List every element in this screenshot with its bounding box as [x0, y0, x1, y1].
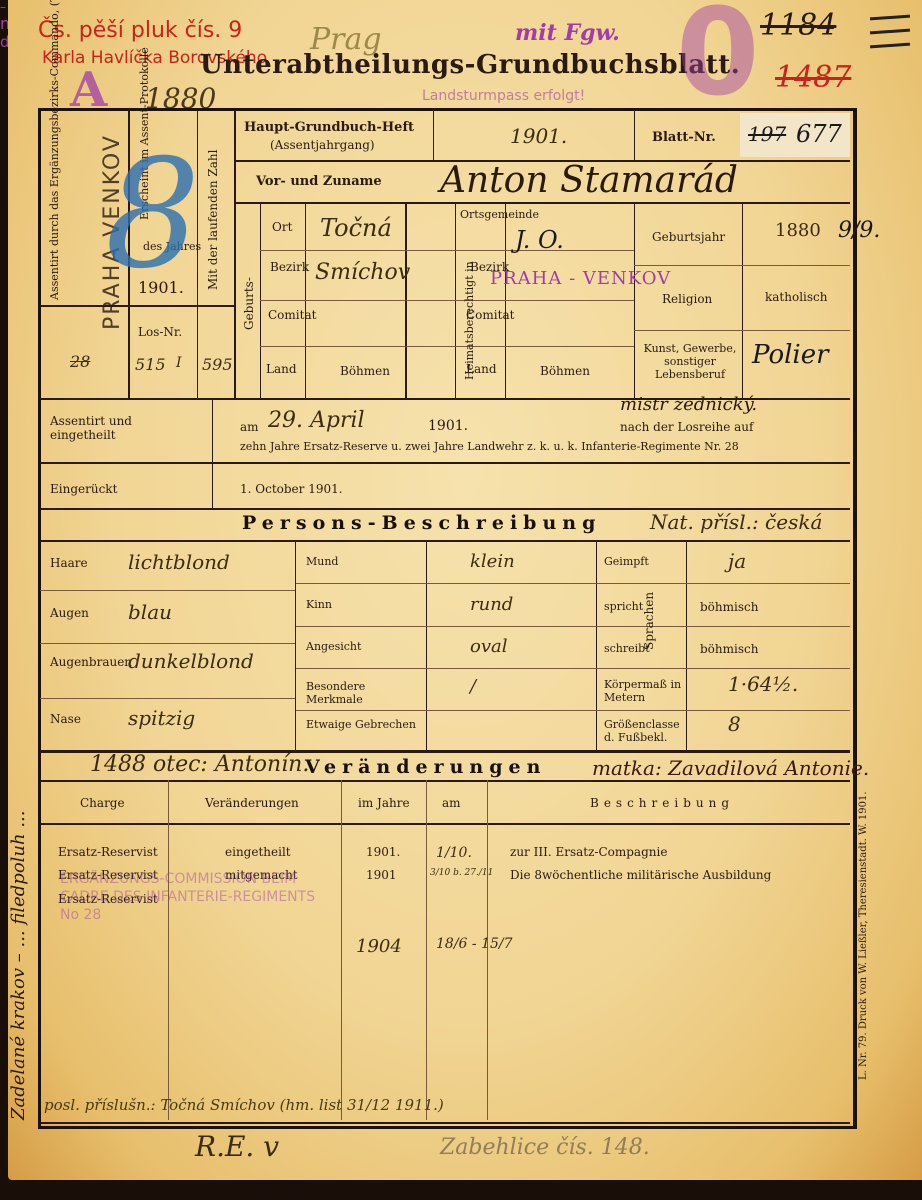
los-nr-label: Los-Nr.	[138, 325, 182, 339]
heimat-ortsgemeinde-label: Ortsgemeinde	[460, 208, 504, 221]
laufende-zahl-label: Mit der laufenden Zahl	[206, 150, 220, 290]
blatt-nr-struck: 197	[748, 122, 786, 146]
beruf-note: mistr zednický.	[620, 394, 757, 415]
blatt-nr-value: 677	[796, 120, 842, 148]
footer-note: posl. příslušn.: Točná Smíchov (hm. list…	[44, 1096, 444, 1114]
change-year: 1904	[356, 936, 402, 957]
person-label: spricht	[604, 600, 644, 613]
person-label: Haare	[50, 556, 110, 570]
person-label: Etwaige Gebrechen	[306, 718, 416, 731]
father-note: 1488 otec: Antonín.	[90, 752, 309, 777]
column-header: am	[442, 796, 461, 810]
assentirung-year: 1901.	[428, 418, 468, 434]
person-value: dunkelblond	[128, 649, 254, 673]
person-label: Mund	[306, 555, 416, 568]
religion-label: Religion	[662, 292, 712, 306]
red-note: R.E. v	[195, 1130, 279, 1163]
person-label: Augenbrauen	[50, 655, 110, 669]
stamp-mit-fgw: mit Fgw.	[515, 20, 620, 46]
name-value: Anton Stamarád	[440, 160, 738, 201]
change-description: Die 8wöchentliche militärische Ausbildun…	[510, 868, 771, 882]
person-value: rund	[470, 594, 513, 615]
assentirung-am-label: am	[240, 420, 259, 434]
change-year: 1901	[366, 868, 397, 882]
person-value: blau	[128, 600, 172, 624]
column-header: im Jahre	[358, 796, 410, 810]
left-margin-note: Zadelané krakov – ... filedpoluh ...	[8, 420, 29, 1120]
stamp-big-zero: 0	[676, 0, 760, 114]
changes-section-title: Veränderungen	[305, 756, 546, 778]
heimat-land-label: Land	[466, 362, 497, 376]
birth-ort-value: Točná	[320, 214, 392, 242]
hand-number-1: 1184	[760, 8, 836, 43]
los-nr-class: I	[176, 355, 182, 371]
stamp-landsturm: Landsturmpass erfolgt!	[422, 88, 585, 104]
person-label: Körpermaß in Metern	[604, 678, 686, 704]
person-value: klein	[470, 551, 515, 572]
birth-comitat-label: Comitat	[268, 308, 302, 322]
beruf-value: Polier	[752, 340, 829, 370]
hauptgrundbuch-label: Haupt-Grundbuch-Heft	[244, 120, 414, 135]
person-label: Besondere Merkmale	[306, 680, 416, 706]
person-value: spitzig	[128, 706, 195, 730]
sprachen-label: Sprachen	[642, 592, 656, 650]
person-value: 1·64½.	[728, 672, 798, 696]
column-header: Charge	[80, 796, 125, 810]
heimat-land-value: Böhmen	[540, 364, 590, 378]
person-value: lichtblond	[128, 550, 230, 574]
change-date: 1/10.	[436, 845, 472, 861]
birth-ort-label: Ort	[272, 220, 292, 234]
person-label: Größenclasse d. Fußbekl.	[604, 718, 686, 744]
hauptgrundbuch-value: 1901.	[510, 124, 567, 148]
eingerueckt-label: Eingerückt	[50, 482, 117, 496]
page-title: Unterabtheilungs-Grundbuchsblatt.	[200, 50, 740, 80]
persons-section-title: Persons-Beschreibung	[242, 512, 601, 534]
change-charge: Ersatz-Reservist	[58, 845, 158, 859]
person-value: /	[470, 676, 476, 697]
column-header: Beschreibung	[590, 796, 734, 810]
person-value: oval	[470, 636, 508, 657]
column-header: Veränderungen	[205, 796, 299, 810]
birth-land-label: Land	[266, 362, 297, 376]
stamp-commission: ERGÄNZUNGS-COMMISSION BEIM CADRE DES INF…	[60, 870, 320, 924]
change-type: eingetheilt	[225, 845, 291, 859]
assentirung-label: Assentirt und eingetheilt	[50, 414, 160, 442]
struck-number: 28	[70, 352, 90, 371]
blue-mark: 8	[105, 140, 200, 290]
birth-land-value: Böhmen	[340, 364, 390, 378]
pencil-note: Zabehlice čís. 148.	[440, 1135, 650, 1160]
birth-bezirk-label: Bezirk	[270, 260, 302, 274]
change-description: zur III. Ersatz-Compagnie	[510, 845, 667, 859]
geburtsjahr-note: 9/9.	[838, 218, 880, 243]
assentjahrgang-label: (Assentjahrgang)	[270, 138, 375, 152]
beruf-label: Kunst, Gewerbe, sonstiger Lebensberuf	[640, 342, 740, 381]
change-date: 3/10 b. 27./11	[430, 868, 493, 878]
assentirung-date: 29. April	[268, 408, 365, 433]
losreihe-text: nach der Losreihe auf	[620, 420, 753, 434]
person-label: Augen	[50, 606, 110, 620]
los-nr-value: 515	[135, 355, 166, 374]
change-year: 1901.	[366, 845, 400, 859]
laufende-zahl-value: 595	[202, 355, 233, 374]
person-label: Nase	[50, 712, 110, 726]
geburtsjahr-value: 1880	[775, 220, 821, 241]
person-label: Geimpft	[604, 555, 686, 568]
service-text: zehn Jahre Ersatz-Reserve u. zwei Jahre …	[240, 440, 739, 453]
person-value: ja	[728, 549, 746, 573]
geburts-label: Geburts-	[242, 277, 256, 330]
regiment-stamp-line1: Čs. pěší pluk čís. 9	[38, 18, 242, 43]
heimat-ortsgemeinde-value: J. O.	[515, 226, 564, 254]
printer-imprint: L. Nr. 79. Druck von W. Ließler, Theresi…	[858, 791, 869, 1080]
hand-number-2: 1487	[775, 60, 851, 95]
person-value: 8	[728, 712, 741, 736]
person-label: Kinn	[306, 598, 416, 611]
birth-bezirk-value: Smíchov	[315, 260, 410, 285]
eingerueckt-value: 1. October 1901.	[240, 482, 343, 496]
change-date: 18/6 - 15/7	[436, 936, 513, 952]
person-value: böhmisch	[700, 600, 758, 614]
name-label: Vor- und Zuname	[256, 174, 382, 189]
person-value: böhmisch	[700, 642, 758, 656]
assentirt-label: Assentirt durch das Ergänzungsbezirks-Co…	[48, 110, 61, 300]
religion-value: katholisch	[765, 290, 827, 304]
nationality-note: Nat. přísl.: česká	[650, 510, 822, 534]
blatt-nr-label: Blatt-Nr.	[652, 130, 716, 145]
geburtsjahr-label: Geburtsjahr	[652, 230, 725, 244]
heimat-comitat-label: Comitat	[466, 308, 502, 322]
stamp-praha-venkov: PRAHA - VENKOV	[490, 268, 671, 289]
person-label: schreibt	[604, 642, 644, 655]
person-label: Angesicht	[306, 640, 416, 653]
mother-note: matka: Zavadilová Antonie.	[592, 756, 869, 780]
